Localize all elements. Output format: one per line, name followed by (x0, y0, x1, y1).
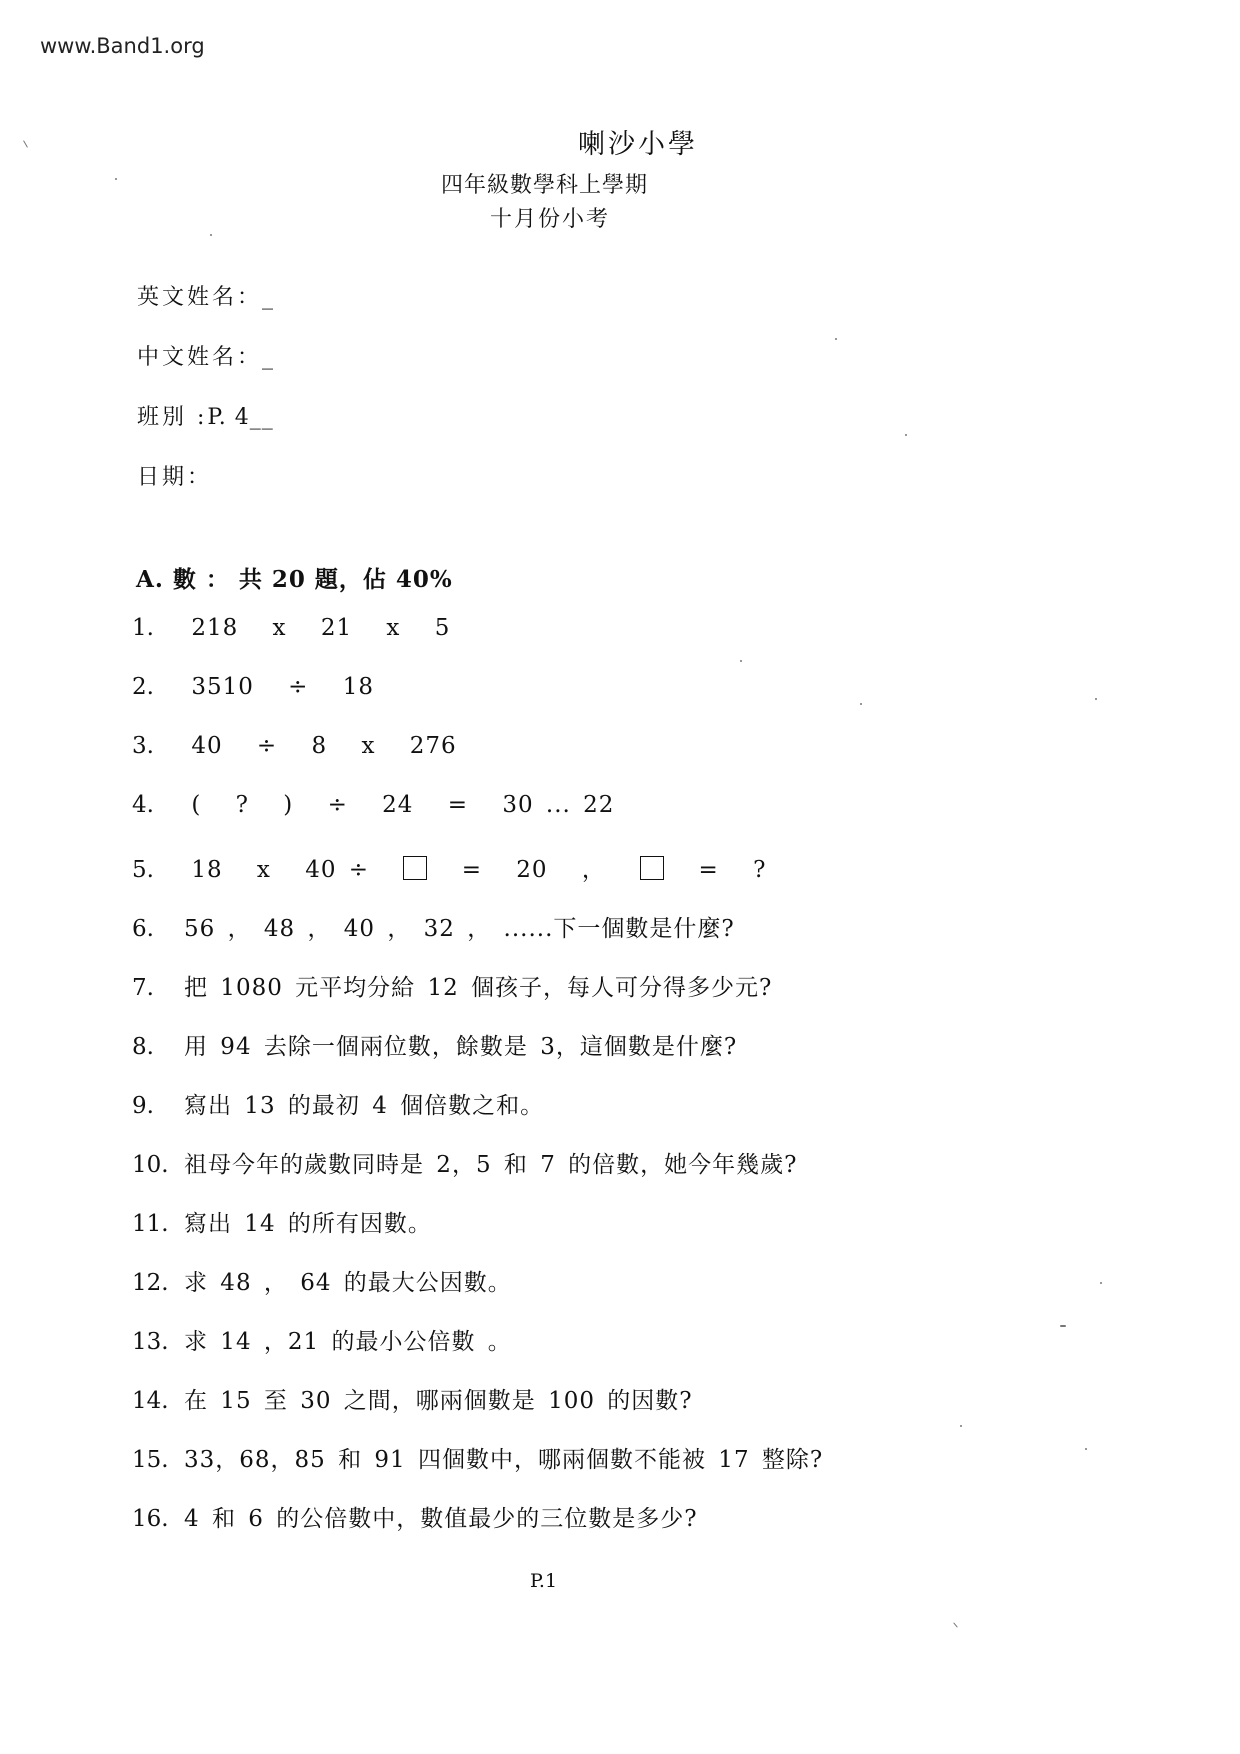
question-text: 寫出 14 的所有因數。 (184, 1205, 432, 1238)
section-a-title: A. 數 ： 共 20 題，佔 40% (136, 561, 453, 594)
question-9: 9.寫出 13 的最初 4 個倍數之和。 (132, 1087, 544, 1120)
equals: = (448, 792, 468, 818)
class-label: 班別 (137, 405, 187, 430)
question-number: 14. (132, 1388, 184, 1414)
operator: ÷ (288, 674, 308, 700)
class-value: P. 4__ (207, 405, 273, 430)
question-number: 7. (132, 975, 184, 1001)
question-text: 4 和 6 的公倍數中，數值最少的三位數是多少? (184, 1500, 698, 1533)
question-number: 5. (132, 857, 184, 883)
scan-artifact (1100, 1282, 1102, 1284)
class-separator: : (187, 405, 207, 430)
english-name-separator: ： (237, 285, 262, 310)
question-text: 56 ， 48 ， 40 ， 32 ， ......下一個數是什麼? (184, 910, 735, 943)
operator: x (273, 615, 287, 641)
scan-artifact (860, 703, 862, 705)
operator: x (361, 733, 375, 759)
operand: 8 (312, 733, 328, 759)
operator: x (386, 615, 400, 641)
question-number: 1. (132, 615, 184, 641)
chinese-name-value: _ (262, 345, 274, 370)
question-number: 16. (132, 1506, 184, 1532)
date-label: 日期 (137, 465, 187, 490)
question-expression: ( ? ) ÷ 24 = 30 ... 22 (191, 792, 636, 818)
blank-box-icon (403, 856, 427, 880)
question-5: 5. 18 x 40 ÷ = 20 ， = ? (132, 851, 788, 884)
operand: 218 (191, 615, 238, 641)
operand: 18 (191, 857, 222, 883)
question-number: 2. (132, 674, 184, 700)
english-name-field: 英文姓名：_ (137, 280, 274, 311)
result-remainder: 30 ... 22 (502, 792, 614, 818)
question-15: 15.33，68，85 和 91 四個數中，哪兩個數不能被 17 整除? (132, 1441, 823, 1474)
scan-artifact (953, 1622, 958, 1627)
question-13: 13.求 14 ，21 的最小公倍數 。 (132, 1323, 512, 1356)
question-text: 求 48 ， 64 的最大公因數。 (184, 1264, 512, 1297)
question-expression: 40 ÷ 8 x 276 (191, 733, 478, 759)
operand: 40 ÷ (305, 857, 369, 883)
school-name: 喇沙小學 (578, 122, 698, 161)
comma: ， (582, 851, 606, 884)
date-separator: ： (187, 465, 212, 490)
equals: = (699, 857, 719, 883)
question-text: 用 94 去除一個兩位數，餘數是 3，這個數是什麼? (184, 1028, 737, 1061)
scan-artifact (905, 434, 907, 436)
page-number: P.1 (530, 1570, 557, 1592)
unknown: ? (753, 857, 766, 883)
operand: 5 (435, 615, 451, 641)
question-text: 求 14 ，21 的最小公倍數 。 (184, 1323, 512, 1356)
operand: 3510 (191, 674, 254, 700)
chinese-name-separator: ： (237, 345, 262, 370)
question-text: 把 1080 元平均分給 12 個孩子，每人可分得多少元? (184, 969, 772, 1002)
question-number: 13. (132, 1329, 184, 1355)
question-6: 6.56 ， 48 ， 40 ， 32 ， ......下一個數是什麼? (132, 910, 735, 943)
question-number: 6. (132, 916, 184, 942)
question-number: 10. (132, 1152, 184, 1178)
question-2: 2. 3510 ÷ 18 (132, 674, 396, 700)
question-number: 12. (132, 1270, 184, 1296)
english-name-value: _ (262, 285, 274, 310)
exam-subtitle: 四年級數學科上學期 (441, 168, 648, 199)
question-text: 寫出 13 的最初 4 個倍數之和。 (184, 1087, 544, 1120)
operand: 40 (191, 733, 222, 759)
blank-box-icon (640, 856, 664, 880)
operand: 21 (321, 615, 352, 641)
chinese-name-field: 中文姓名：_ (137, 340, 274, 371)
question-3: 3. 40 ÷ 8 x 276 (132, 733, 479, 759)
operand: 18 (343, 674, 374, 700)
question-number: 3. (132, 733, 184, 759)
question-number: 15. (132, 1447, 184, 1473)
question-11: 11.寫出 14 的所有因數。 (132, 1205, 432, 1238)
operator: ÷ (257, 733, 277, 759)
question-7: 7.把 1080 元平均分給 12 個孩子，每人可分得多少元? (132, 969, 772, 1002)
question-1: 1. 218 x 21 x 5 (132, 615, 472, 641)
question-12: 12.求 48 ， 64 的最大公因數。 (132, 1264, 512, 1297)
scan-artifact (740, 660, 742, 662)
operator: ÷ (328, 792, 348, 818)
operator: x (257, 857, 271, 883)
scan-artifact (115, 178, 117, 180)
question-10: 10.祖母今年的歲數同時是 2，5 和 7 的倍數，她今年幾歲? (132, 1146, 797, 1179)
question-number: 4. (132, 792, 184, 818)
question-expression: 218 x 21 x 5 (191, 615, 472, 641)
watermark-url: www.Band1.org (40, 34, 205, 58)
english-name-label: 英文姓名 (137, 285, 237, 310)
question-16: 16.4 和 6 的公倍數中，數值最少的三位數是多少? (132, 1500, 698, 1533)
unknown: ? (236, 792, 249, 818)
scan-artifact (1095, 698, 1097, 700)
question-text: 祖母今年的歲數同時是 2，5 和 7 的倍數，她今年幾歲? (184, 1146, 797, 1179)
chinese-name-label: 中文姓名 (137, 345, 237, 370)
question-4: 4. ( ? ) ÷ 24 = 30 ... 22 (132, 792, 636, 818)
scan-artifact (1085, 1448, 1087, 1450)
close-paren: ) (283, 792, 293, 818)
class-field: 班別 :P. 4__ (137, 400, 274, 431)
question-14: 14.在 15 至 30 之間，哪兩個數是 100 的因數? (132, 1382, 693, 1415)
operand: 20 (516, 857, 547, 883)
question-text: 在 15 至 30 之間，哪兩個數是 100 的因數? (184, 1382, 693, 1415)
scan-artifact (23, 140, 28, 147)
equals: = (462, 857, 482, 883)
scan-artifact (1060, 1325, 1066, 1327)
exam-name: 十月份小考 (490, 202, 610, 233)
scan-artifact (960, 1425, 962, 1427)
question-expression: 3510 ÷ 18 (191, 674, 396, 700)
scan-artifact (210, 234, 212, 236)
open-paren: ( (191, 792, 201, 818)
question-number: 9. (132, 1093, 184, 1119)
operand: 24 (382, 792, 413, 818)
question-number: 8. (132, 1034, 184, 1060)
date-field: 日期： (137, 460, 212, 491)
operand: 276 (410, 733, 457, 759)
question-8: 8.用 94 去除一個兩位數，餘數是 3，這個數是什麼? (132, 1028, 737, 1061)
question-expression: 18 x 40 ÷ = 20 ， = ? (191, 851, 788, 884)
question-text: 33，68，85 和 91 四個數中，哪兩個數不能被 17 整除? (184, 1441, 823, 1474)
question-number: 11. (132, 1211, 184, 1237)
scan-artifact (835, 338, 837, 340)
